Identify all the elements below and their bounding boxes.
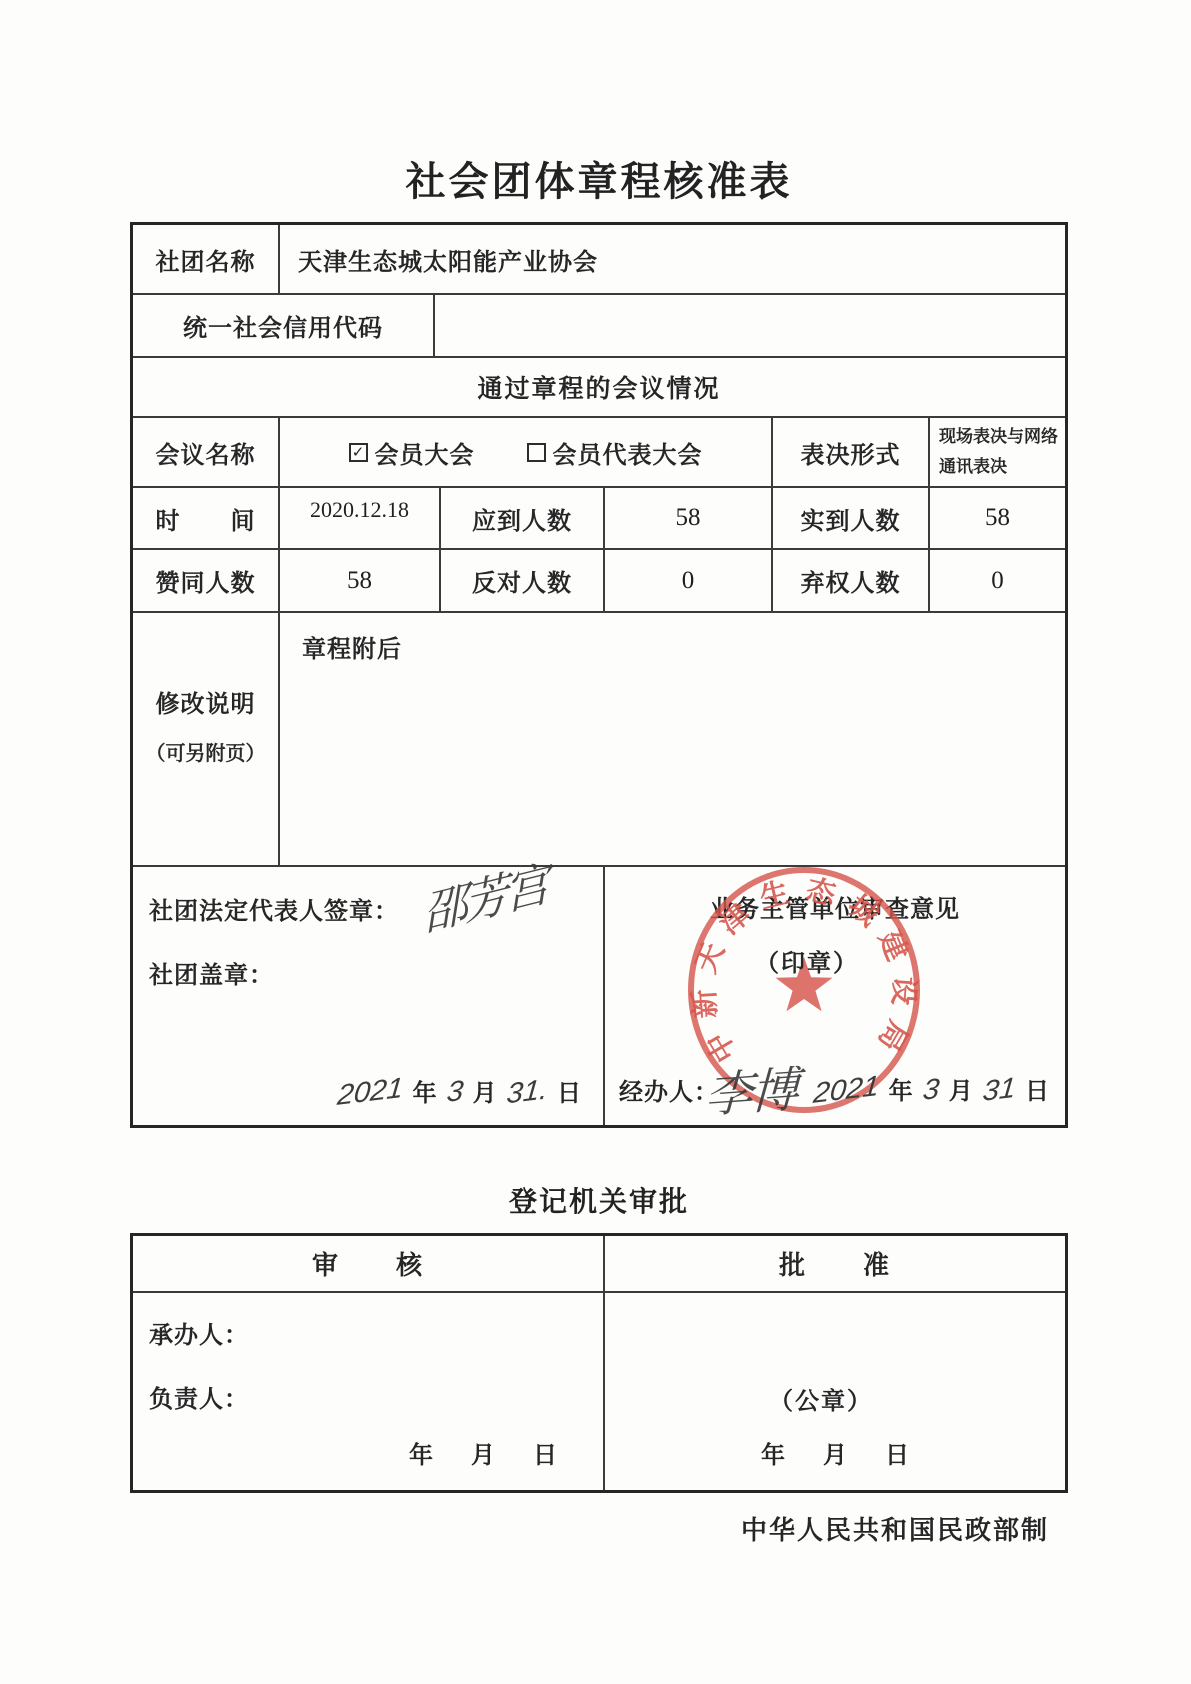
checked-checkbox-icon: ✓ bbox=[349, 443, 368, 462]
oppose-value-cell: 0 bbox=[603, 550, 771, 611]
credit-code-label-cell: 统一社会信用代码 bbox=[133, 295, 433, 356]
meeting-name-label: 会议名称 bbox=[156, 435, 256, 470]
amendment-row: 修改说明 （可另附页） 章程附后 bbox=[133, 611, 1065, 865]
agent-date-year: 2021 bbox=[812, 1070, 881, 1111]
org-seal-label: 社团盖章： bbox=[149, 955, 274, 990]
time-label: 时 间 bbox=[156, 501, 256, 536]
responsible-label: 负责人： bbox=[149, 1379, 249, 1414]
approve-value-cell: 58 bbox=[278, 550, 439, 611]
meeting-section-header-cell: 通过章程的会议情况 bbox=[133, 358, 1065, 416]
option-representative-assembly-label: 会员代表大会 bbox=[553, 435, 703, 470]
amendment-label-block: 修改说明 （可另附页） bbox=[133, 684, 278, 766]
seal-note: （印章） bbox=[755, 943, 859, 978]
actual-value-cell: 58 bbox=[928, 488, 1065, 548]
amendment-label: 修改说明 bbox=[156, 684, 256, 719]
credit-code-label: 统一社会信用代码 bbox=[183, 308, 383, 343]
month-unit: 月 bbox=[823, 1435, 847, 1470]
issuer-footer: 中华人民共和国民政部制 bbox=[741, 1510, 1049, 1547]
association-date-day: 31. bbox=[505, 1074, 549, 1112]
credit-code-row: 统一社会信用代码 bbox=[133, 293, 1065, 356]
review-opinion-cell: 业务主管单位审查意见 中新天津生态城建设局 （印章） 经办人： 李博 2021 … bbox=[603, 867, 1065, 1125]
time-value: 2020.12.18 bbox=[310, 497, 409, 523]
abstain-value: 0 bbox=[991, 567, 1004, 595]
org-name-value-cell: 天津生态城太阳能产业协会 bbox=[278, 225, 1065, 293]
month-unit: 月 bbox=[473, 1073, 497, 1108]
unchecked-checkbox-icon bbox=[527, 443, 546, 462]
review-title: 业务主管单位审查意见 bbox=[710, 896, 960, 923]
amendment-label-cell: 修改说明 （可另附页） bbox=[133, 613, 278, 865]
org-name-row: 社团名称 天津生态城太阳能产业协会 bbox=[133, 225, 1065, 293]
official-seal-note: （公章） bbox=[769, 1381, 873, 1416]
approve-label: 赞同人数 bbox=[156, 563, 256, 598]
vote-form-label: 表决形式 bbox=[801, 435, 901, 470]
option-member-assembly-label: 会员大会 bbox=[375, 435, 475, 470]
year-unit: 年 bbox=[889, 1071, 913, 1106]
association-signature-cell: 社团法定代表人签章： 邵芳宫 社团盖章： 2021 年 3 月 31. 日 bbox=[133, 867, 603, 1125]
meeting-name-label-cell: 会议名称 bbox=[133, 418, 278, 486]
approve-label-cell: 赞同人数 bbox=[133, 550, 278, 611]
approve-blank-date: 年 月 日 bbox=[605, 1435, 1065, 1470]
oppose-label: 反对人数 bbox=[472, 563, 572, 598]
association-date-year: 2021 bbox=[336, 1072, 405, 1113]
day-unit: 日 bbox=[885, 1435, 909, 1470]
credit-code-value-cell bbox=[433, 295, 1065, 356]
org-name-value: 天津生态城太阳能产业协会 bbox=[298, 242, 598, 277]
agent-date: 2021 年 3 月 31 日 bbox=[814, 1071, 1049, 1107]
registry-table: 审 核 批 准 承办人： 负责人： 年 月 日 （公章） 年 月 bbox=[130, 1233, 1068, 1493]
agent-signature-handwriting: 李博 bbox=[704, 1051, 798, 1127]
review-header: 审 核 bbox=[312, 1245, 424, 1282]
rep-sign-label: 社团法定代表人签章： bbox=[149, 891, 399, 926]
time-label-cell: 时 间 bbox=[133, 488, 278, 548]
month-unit: 月 bbox=[471, 1435, 495, 1470]
meeting-options-cell: ✓ 会员大会 会员代表大会 bbox=[278, 418, 771, 486]
association-date: 2021 年 3 月 31. 日 bbox=[338, 1073, 581, 1109]
vote-count-row: 赞同人数 58 反对人数 0 弃权人数 0 bbox=[133, 548, 1065, 611]
meeting-section-title: 通过章程的会议情况 bbox=[477, 369, 720, 405]
month-unit: 月 bbox=[949, 1071, 973, 1106]
amendment-value: 章程附后 bbox=[302, 629, 402, 664]
day-unit: 日 bbox=[1025, 1071, 1049, 1106]
main-form-table: 社团名称 天津生态城太阳能产业协会 统一社会信用代码 通过章程的会议情况 会议名… bbox=[130, 222, 1068, 1128]
abstain-value-cell: 0 bbox=[928, 550, 1065, 611]
option-representative-assembly: 会员代表大会 bbox=[527, 435, 703, 470]
scanned-form-page: 社会团体章程核准表 社团名称 天津生态城太阳能产业协会 统一社会信用代码 通过章… bbox=[0, 0, 1191, 1684]
abstain-label-cell: 弃权人数 bbox=[771, 550, 928, 611]
agent-date-day: 31 bbox=[981, 1072, 1017, 1109]
approve-value: 58 bbox=[347, 567, 372, 595]
approve-header: 批 准 bbox=[779, 1245, 891, 1282]
undertaker-label: 承办人： bbox=[149, 1315, 249, 1350]
time-attendance-row: 时 间 2020.12.18 应到人数 58 实到人数 58 bbox=[133, 486, 1065, 548]
registry-section-title: 登记机关审批 bbox=[130, 1180, 1068, 1220]
meeting-section-header-row: 通过章程的会议情况 bbox=[133, 356, 1065, 416]
day-unit: 日 bbox=[533, 1435, 557, 1470]
registry-header-row: 审 核 批 准 bbox=[133, 1236, 1065, 1291]
signature-row: 社团法定代表人签章： 邵芳宫 社团盖章： 2021 年 3 月 31. 日 业务… bbox=[133, 865, 1065, 1125]
abstain-label: 弃权人数 bbox=[801, 563, 901, 598]
meeting-name-row: 会议名称 ✓ 会员大会 会员代表大会 表决形式 现场表决与网络 通讯表决 bbox=[133, 416, 1065, 486]
amendment-value-cell: 章程附后 bbox=[278, 613, 1065, 865]
expected-value-cell: 58 bbox=[603, 488, 771, 548]
year-unit: 年 bbox=[761, 1435, 785, 1470]
org-name-label: 社团名称 bbox=[156, 242, 256, 277]
amendment-label-note: （可另附页） bbox=[146, 737, 266, 766]
expected-label: 应到人数 bbox=[472, 501, 572, 536]
review-title-wrap: 业务主管单位审查意见 bbox=[605, 889, 1065, 924]
vote-form-value-line2: 通讯表决 bbox=[939, 452, 1058, 482]
approve-header-cell: 批 准 bbox=[603, 1236, 1065, 1291]
day-unit: 日 bbox=[557, 1073, 581, 1108]
year-unit: 年 bbox=[409, 1435, 433, 1470]
association-date-month: 3 bbox=[445, 1075, 464, 1110]
option-member-assembly: ✓ 会员大会 bbox=[349, 435, 475, 470]
expected-value: 58 bbox=[676, 504, 701, 532]
vote-form-value-cell: 现场表决与网络 通讯表决 bbox=[928, 418, 1065, 486]
page-title: 社会团体章程核准表 bbox=[130, 150, 1068, 207]
org-name-label-cell: 社团名称 bbox=[133, 225, 278, 293]
oppose-label-cell: 反对人数 bbox=[439, 550, 603, 611]
review-blank-date: 年 月 日 bbox=[409, 1435, 557, 1470]
time-value-cell: 2020.12.18 bbox=[278, 488, 439, 548]
vote-form-label-cell: 表决形式 bbox=[771, 418, 928, 486]
actual-label-cell: 实到人数 bbox=[771, 488, 928, 548]
expected-label-cell: 应到人数 bbox=[439, 488, 603, 548]
oppose-value: 0 bbox=[682, 567, 695, 595]
agent-date-month: 3 bbox=[921, 1073, 940, 1108]
actual-label: 实到人数 bbox=[801, 501, 901, 536]
vote-form-value-line1: 现场表决与网络 bbox=[939, 422, 1058, 452]
review-header-cell: 审 核 bbox=[133, 1236, 603, 1291]
vote-form-value: 现场表决与网络 通讯表决 bbox=[930, 422, 1058, 482]
year-unit: 年 bbox=[413, 1073, 437, 1108]
registry-review-cell: 承办人： 负责人： 年 月 日 bbox=[133, 1293, 603, 1490]
actual-value: 58 bbox=[985, 504, 1010, 532]
registry-body-row: 承办人： 负责人： 年 月 日 （公章） 年 月 日 bbox=[133, 1291, 1065, 1490]
registry-approve-cell: （公章） 年 月 日 bbox=[603, 1293, 1065, 1490]
